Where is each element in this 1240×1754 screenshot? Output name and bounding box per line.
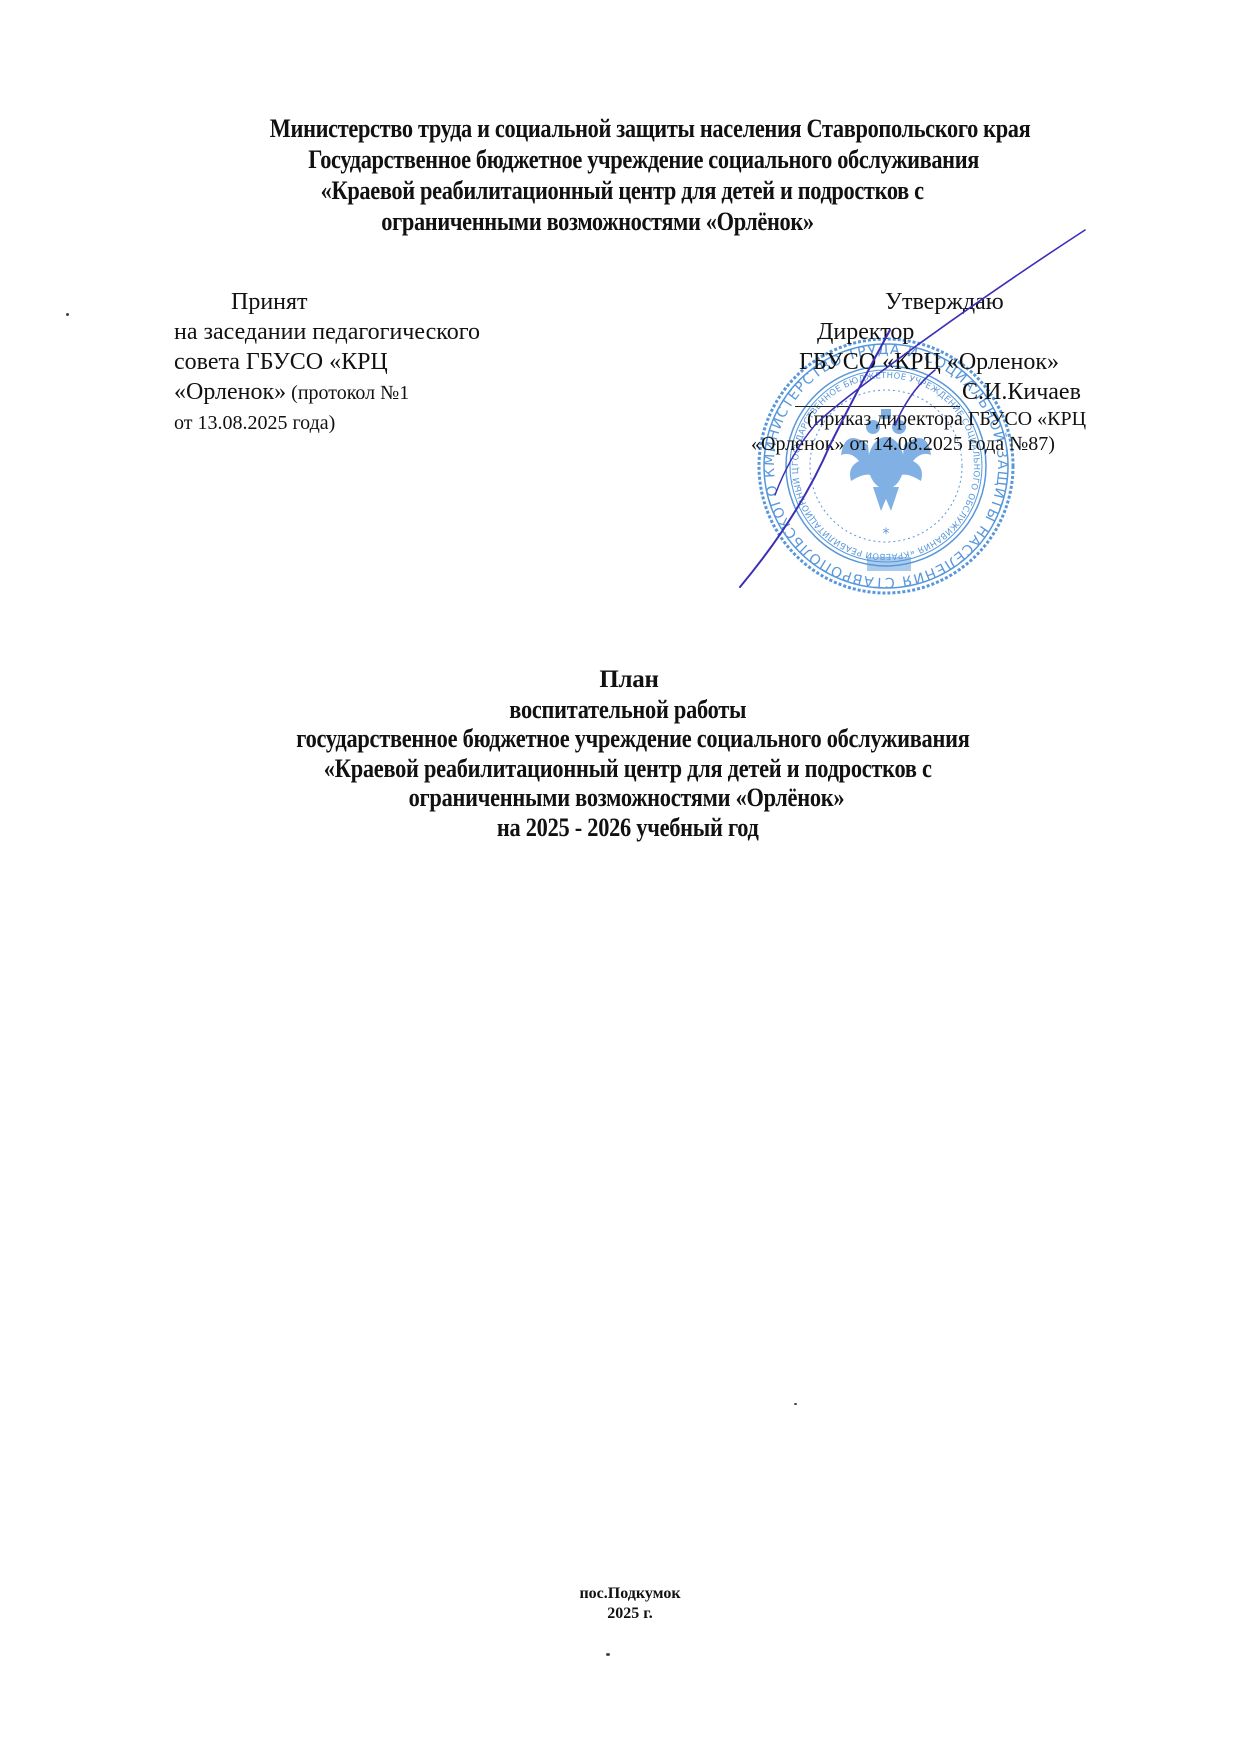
scan-speck: [606, 1653, 610, 1656]
signature-row: С.И.Кичаев: [795, 377, 1086, 407]
accepted-org-name: «Орленок»: [174, 379, 286, 405]
document-title-block: План воспитательной работы государственн…: [0, 665, 1240, 842]
header-institution-name-cont: ограниченными возможностями «Орлёнок»: [45, 206, 1150, 237]
approve-signer: С.И.Кичаев: [962, 377, 1081, 407]
header-ministry: Министерство труда и социальной защиты н…: [87, 113, 1153, 144]
accepted-date: от 13.08.2025 года): [174, 408, 480, 438]
approve-order-line-2: «Орленок» от 14.08.2025 года №87): [751, 432, 1086, 457]
document-title: План: [0, 665, 1240, 695]
title-academic-year: на 2025 - 2026 учебный год: [87, 813, 1153, 843]
header-institution-name: «Краевой реабилитационный центр для дете…: [87, 175, 1153, 206]
accepted-line-2: совета ГБУСО «КРЦ: [174, 347, 480, 377]
accepted-title: Принят: [174, 287, 480, 317]
accepted-block: Принят на заседании педагогического сове…: [174, 287, 480, 438]
scan-speck: [66, 313, 69, 316]
header-institution-type: Государственное бюджетное учреждение соц…: [87, 144, 1153, 175]
accepted-protocol: (протокол №1: [286, 382, 409, 404]
approve-order-line-1: (приказ директора ГБУСО «КРЦ: [795, 407, 1086, 432]
approve-block: Утверждаю Директор ГБУСО «КРЦ «Орленок» …: [795, 287, 1086, 457]
footer-place: пос.Подкумок: [0, 1584, 1240, 1604]
title-institution-type: государственное бюджетное учреждение соц…: [87, 724, 1153, 754]
svg-text:*: *: [883, 526, 890, 542]
document-header: Министерство труда и социальной защиты н…: [0, 113, 1240, 237]
footer-year: 2025 г.: [0, 1604, 1240, 1624]
document-page: Министерство труда и социальной защиты н…: [0, 0, 1240, 1754]
accepted-line-1: на заседании педагогического: [174, 317, 480, 347]
approve-org: ГБУСО «КРЦ «Орленок»: [795, 347, 1086, 377]
document-subtitle: воспитательной работы: [87, 695, 1153, 725]
document-footer: пос.Подкумок 2025 г.: [0, 1584, 1240, 1624]
approve-role: Директор: [795, 317, 1086, 347]
accepted-line-3: «Орленок» (протокол №1: [174, 377, 480, 408]
approve-title: Утверждаю: [795, 287, 1086, 317]
title-institution-name: «Краевой реабилитационный центр для дете…: [87, 754, 1153, 784]
title-institution-name-cont: ограниченными возможностями «Орлёнок»: [87, 783, 1153, 813]
signature-line: [795, 384, 960, 407]
scan-speck: [794, 1403, 797, 1405]
